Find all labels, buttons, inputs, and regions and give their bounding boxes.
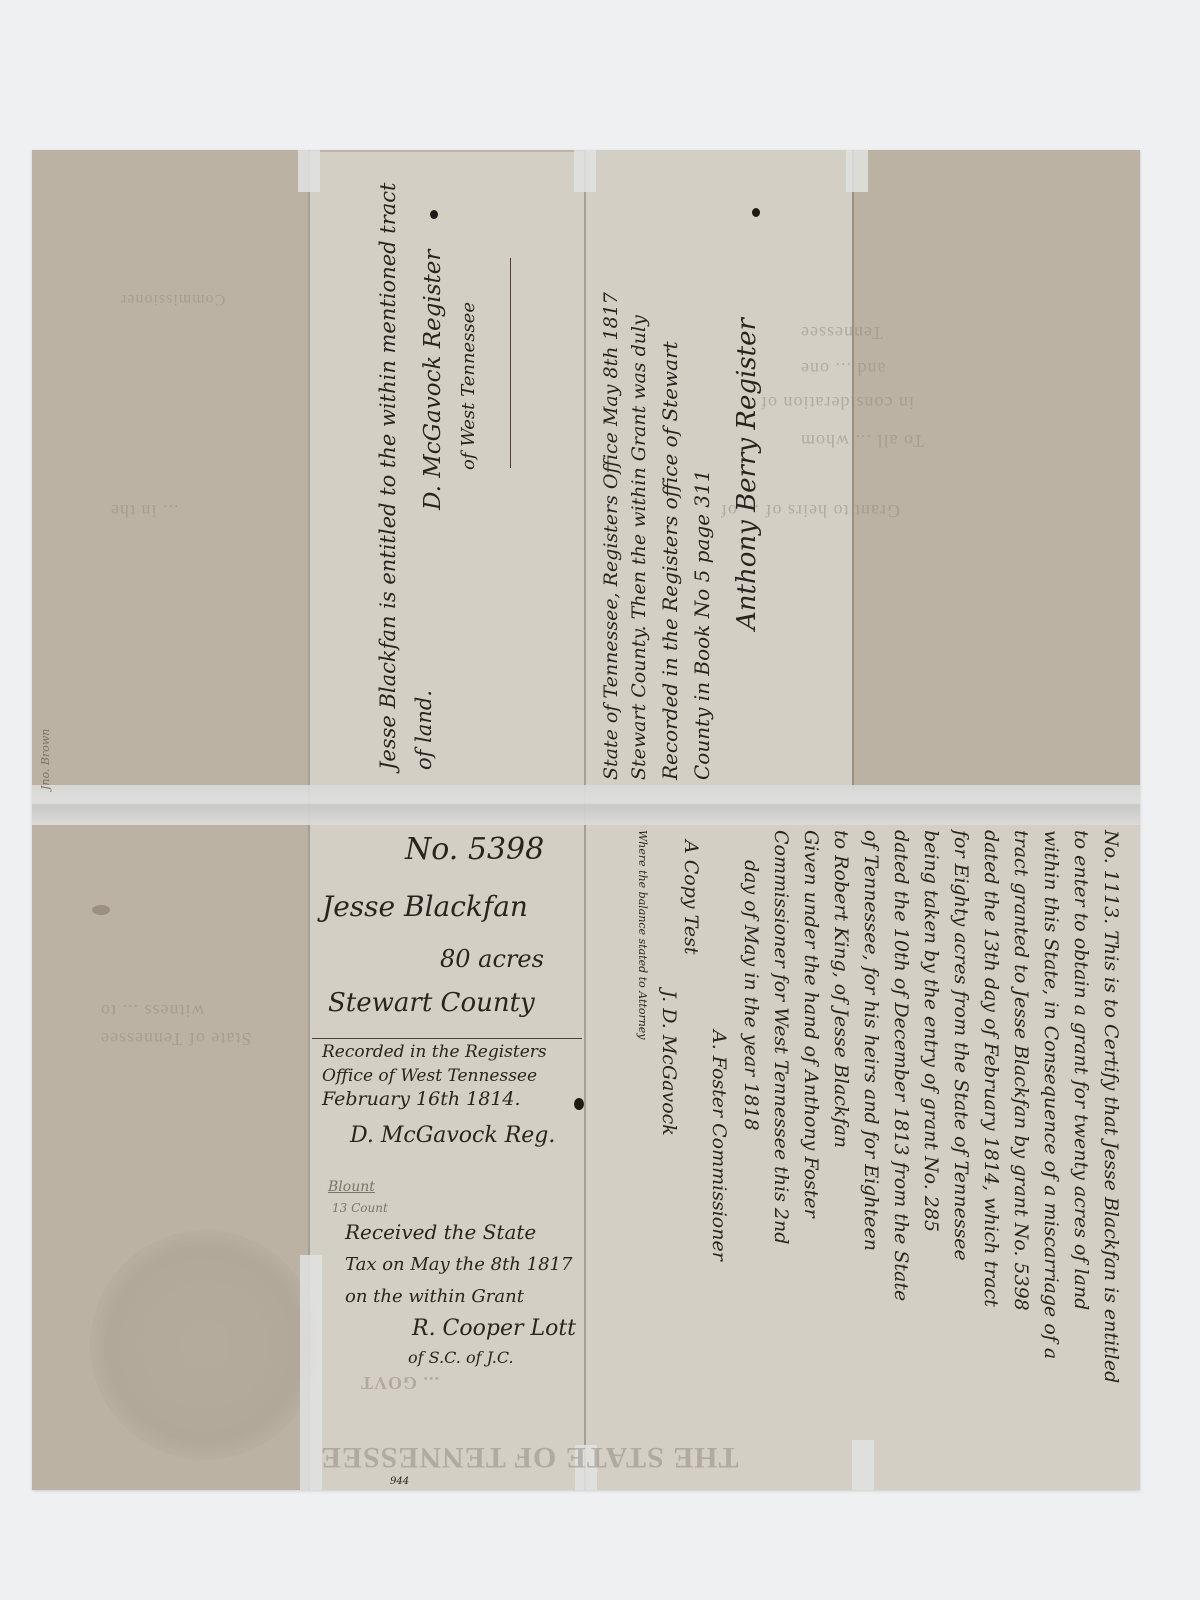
panel-upper-left [32,150,308,790]
ink-blot [752,208,760,217]
repair-tape-vertical [298,150,320,192]
panel-lower-middle [308,825,584,1490]
embossed-print-line: State of Tennessee [100,1028,251,1049]
repair-tape-horizontal [32,785,1140,825]
commissioner-signature: A. Foster Commissioner [709,1030,728,1261]
grantee-name: Jesse Blackfan [322,893,528,921]
margin-note: Jno. Brown [40,729,51,790]
tax-received-line: Received the State [345,1222,536,1242]
embossed-print-line: in consideration of [760,392,914,413]
panel-upper-right-center [584,150,852,790]
registration-line: State of Tennessee, Registers Office May… [602,292,621,780]
registrar-signature: Anthony Berry Register [734,318,760,630]
stain [92,905,110,915]
certificate-line: Given under the hand of Anthony Foster [801,830,820,1218]
registration-line: County in Book No 5 page 311 [692,469,712,780]
embossed-print-line: ... in the [110,500,179,521]
panel-upper-middle [308,152,584,790]
pencil-note: 13 Count [332,1202,388,1214]
copy-test: A Copy Test [681,840,700,955]
grant-number: No. 5398 [405,835,544,865]
entitlement-line: of land. [414,690,435,770]
embossed-print-line: ... GOVT [360,1372,439,1393]
certificate-line: of Tennessee, for his heirs and for Eigh… [861,830,880,1251]
embossed-print-line: Commissioner [120,290,225,308]
tax-received-line: Tax on May the 8th 1817 [345,1256,572,1274]
register-title: of West Tennessee [460,302,478,470]
seal-impression [90,1230,320,1460]
receiver-signature: R. Cooper Lott [412,1318,576,1340]
registration-line: Stewart County. Then the within Grant wa… [630,315,649,780]
pencil-note: Blount [328,1180,375,1194]
tax-received-line: on the within Grant [345,1288,524,1306]
acreage: 80 acres [440,947,544,971]
receiver-title: of S.C. of J.C. [408,1350,514,1366]
certificate-line: Commissioner for West Tennessee this 2nd [771,830,790,1244]
ink-blot [574,1098,584,1110]
certificate-line: being taken by the entry of grant No. 28… [921,830,940,1232]
embossed-print-line: To all ... whom [800,430,924,451]
embossed-print-line: Tennessee [800,322,883,343]
embossed-print-line: witness ... to [100,1000,205,1021]
recorded-line: Office of West Tennessee [322,1068,537,1085]
clerk-signature: J. D. McGavock [659,990,678,1136]
certificate-line: dated the 10th of December 1813 from the… [891,830,910,1301]
repair-tape-vertical [846,150,868,192]
registrar-signature: D. McGavock Reg. [350,1125,555,1147]
county-name: Stewart County [328,990,535,1016]
entitlement-line: Jesse Blackfan is entitled to the within… [378,183,399,770]
certificate-line: within this State, in Consequence of a m… [1041,830,1060,1359]
panel-upper-right [852,150,1140,790]
certificate-line: for Eighty acres from the State of Tenne… [951,830,970,1261]
fold-line [852,150,854,790]
recorded-date: February 16th 1814. [322,1090,521,1109]
certificate-line: dated the 13th day of February 1814, whi… [981,830,1000,1307]
page-number: 944 [390,1477,409,1487]
register-signature: D. McGavock Register [422,250,445,510]
recorded-line: Recorded in the Registers [322,1044,547,1061]
certificate-footnote: Where the balance stated to Attorney [637,830,648,1040]
repair-tape-vertical [300,1255,322,1490]
repair-tape-vertical [574,150,596,192]
certificate-line: to Robert King, of Jesse Blackfan [831,830,850,1148]
embossed-print-line: and ... one [800,358,885,379]
registration-line: Recorded in the Registers office of Stew… [660,341,680,780]
repair-tape-vertical [852,1440,874,1490]
divider [312,1038,582,1039]
certificate-line: No. 1113. This is to Certify that Jesse … [1101,830,1120,1383]
certificate-line: to enter to obtain a grant for twenty ac… [1071,830,1090,1310]
underline [510,258,511,468]
ink-blot [430,210,438,219]
certificate-line: tract granted to Jesse Blackfan by grant… [1011,830,1030,1311]
certificate-line: day of May in the year 1818 [741,860,760,1131]
embossed-print-line: THE STATE OF TENNESSEE [320,1440,739,1474]
